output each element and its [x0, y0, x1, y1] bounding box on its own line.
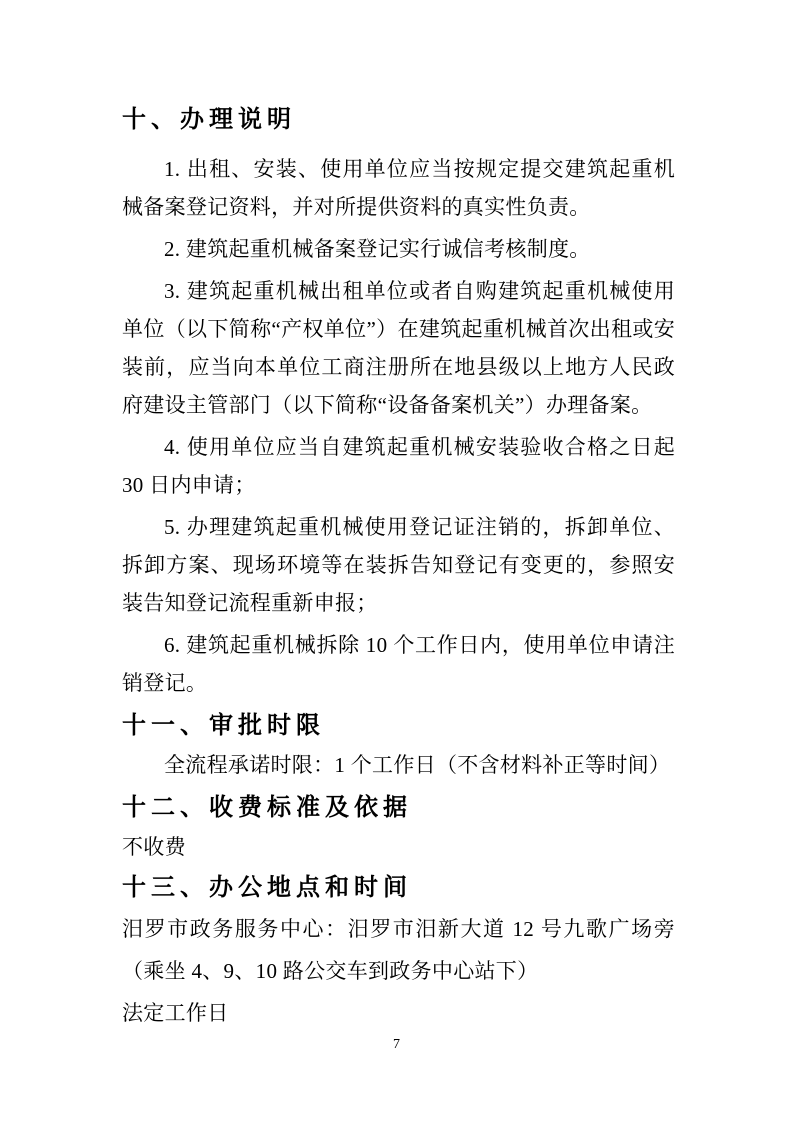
section-heading: 十一、审批时限 — [122, 706, 675, 746]
paragraph: 1. 出租、安装、使用单位应当按规定提交建筑起重机械备案登记资料，并对所提供资料… — [122, 150, 675, 226]
document-section: 十三、办公地点和时间 汨罗市政务服务中心：汨罗市汨新大道 12 号九歌广场旁（乘… — [122, 868, 675, 1034]
paragraph: 全流程承诺时限：1 个工作日（不含材料补正等时间） — [122, 746, 675, 784]
document-section: 十、办理说明 1. 出租、安装、使用单位应当按规定提交建筑起重机械备案登记资料，… — [122, 100, 675, 702]
section-heading: 十、办理说明 — [122, 100, 675, 140]
document-page: 十、办理说明 1. 出租、安装、使用单位应当按规定提交建筑起重机械备案登记资料，… — [0, 0, 793, 1122]
section-heading: 十二、收费标准及依据 — [122, 788, 675, 828]
document-body: 十、办理说明 1. 出租、安装、使用单位应当按规定提交建筑起重机械备案登记资料，… — [0, 0, 793, 1034]
page-number: 7 — [0, 1035, 793, 1055]
paragraph: 6. 建筑起重机械拆除 10 个工作日内，使用单位申请注销登记。 — [122, 626, 675, 702]
document-section: 十一、审批时限 全流程承诺时限：1 个工作日（不含材料补正等时间） — [122, 706, 675, 784]
paragraph: 不收费 — [122, 828, 675, 866]
paragraph: 汨罗市政务服务中心：汨罗市汨新大道 12 号九歌广场旁（乘坐 4、9、10 路公… — [122, 908, 675, 992]
paragraph: 3. 建筑起重机械出租单位或者自购建筑起重机械使用单位（以下简称“产权单位”）在… — [122, 272, 675, 424]
paragraph: 2. 建筑起重机械备案登记实行诚信考核制度。 — [122, 230, 675, 268]
paragraph: 法定工作日 — [122, 992, 675, 1034]
paragraph: 4. 使用单位应当自建筑起重机械安装验收合格之日起 30 日内申请； — [122, 428, 675, 504]
paragraph: 5. 办理建筑起重机械使用登记证注销的，拆卸单位、拆卸方案、现场环境等在装拆告知… — [122, 508, 675, 622]
section-heading: 十三、办公地点和时间 — [122, 868, 675, 908]
document-section: 十二、收费标准及依据 不收费 — [122, 788, 675, 866]
